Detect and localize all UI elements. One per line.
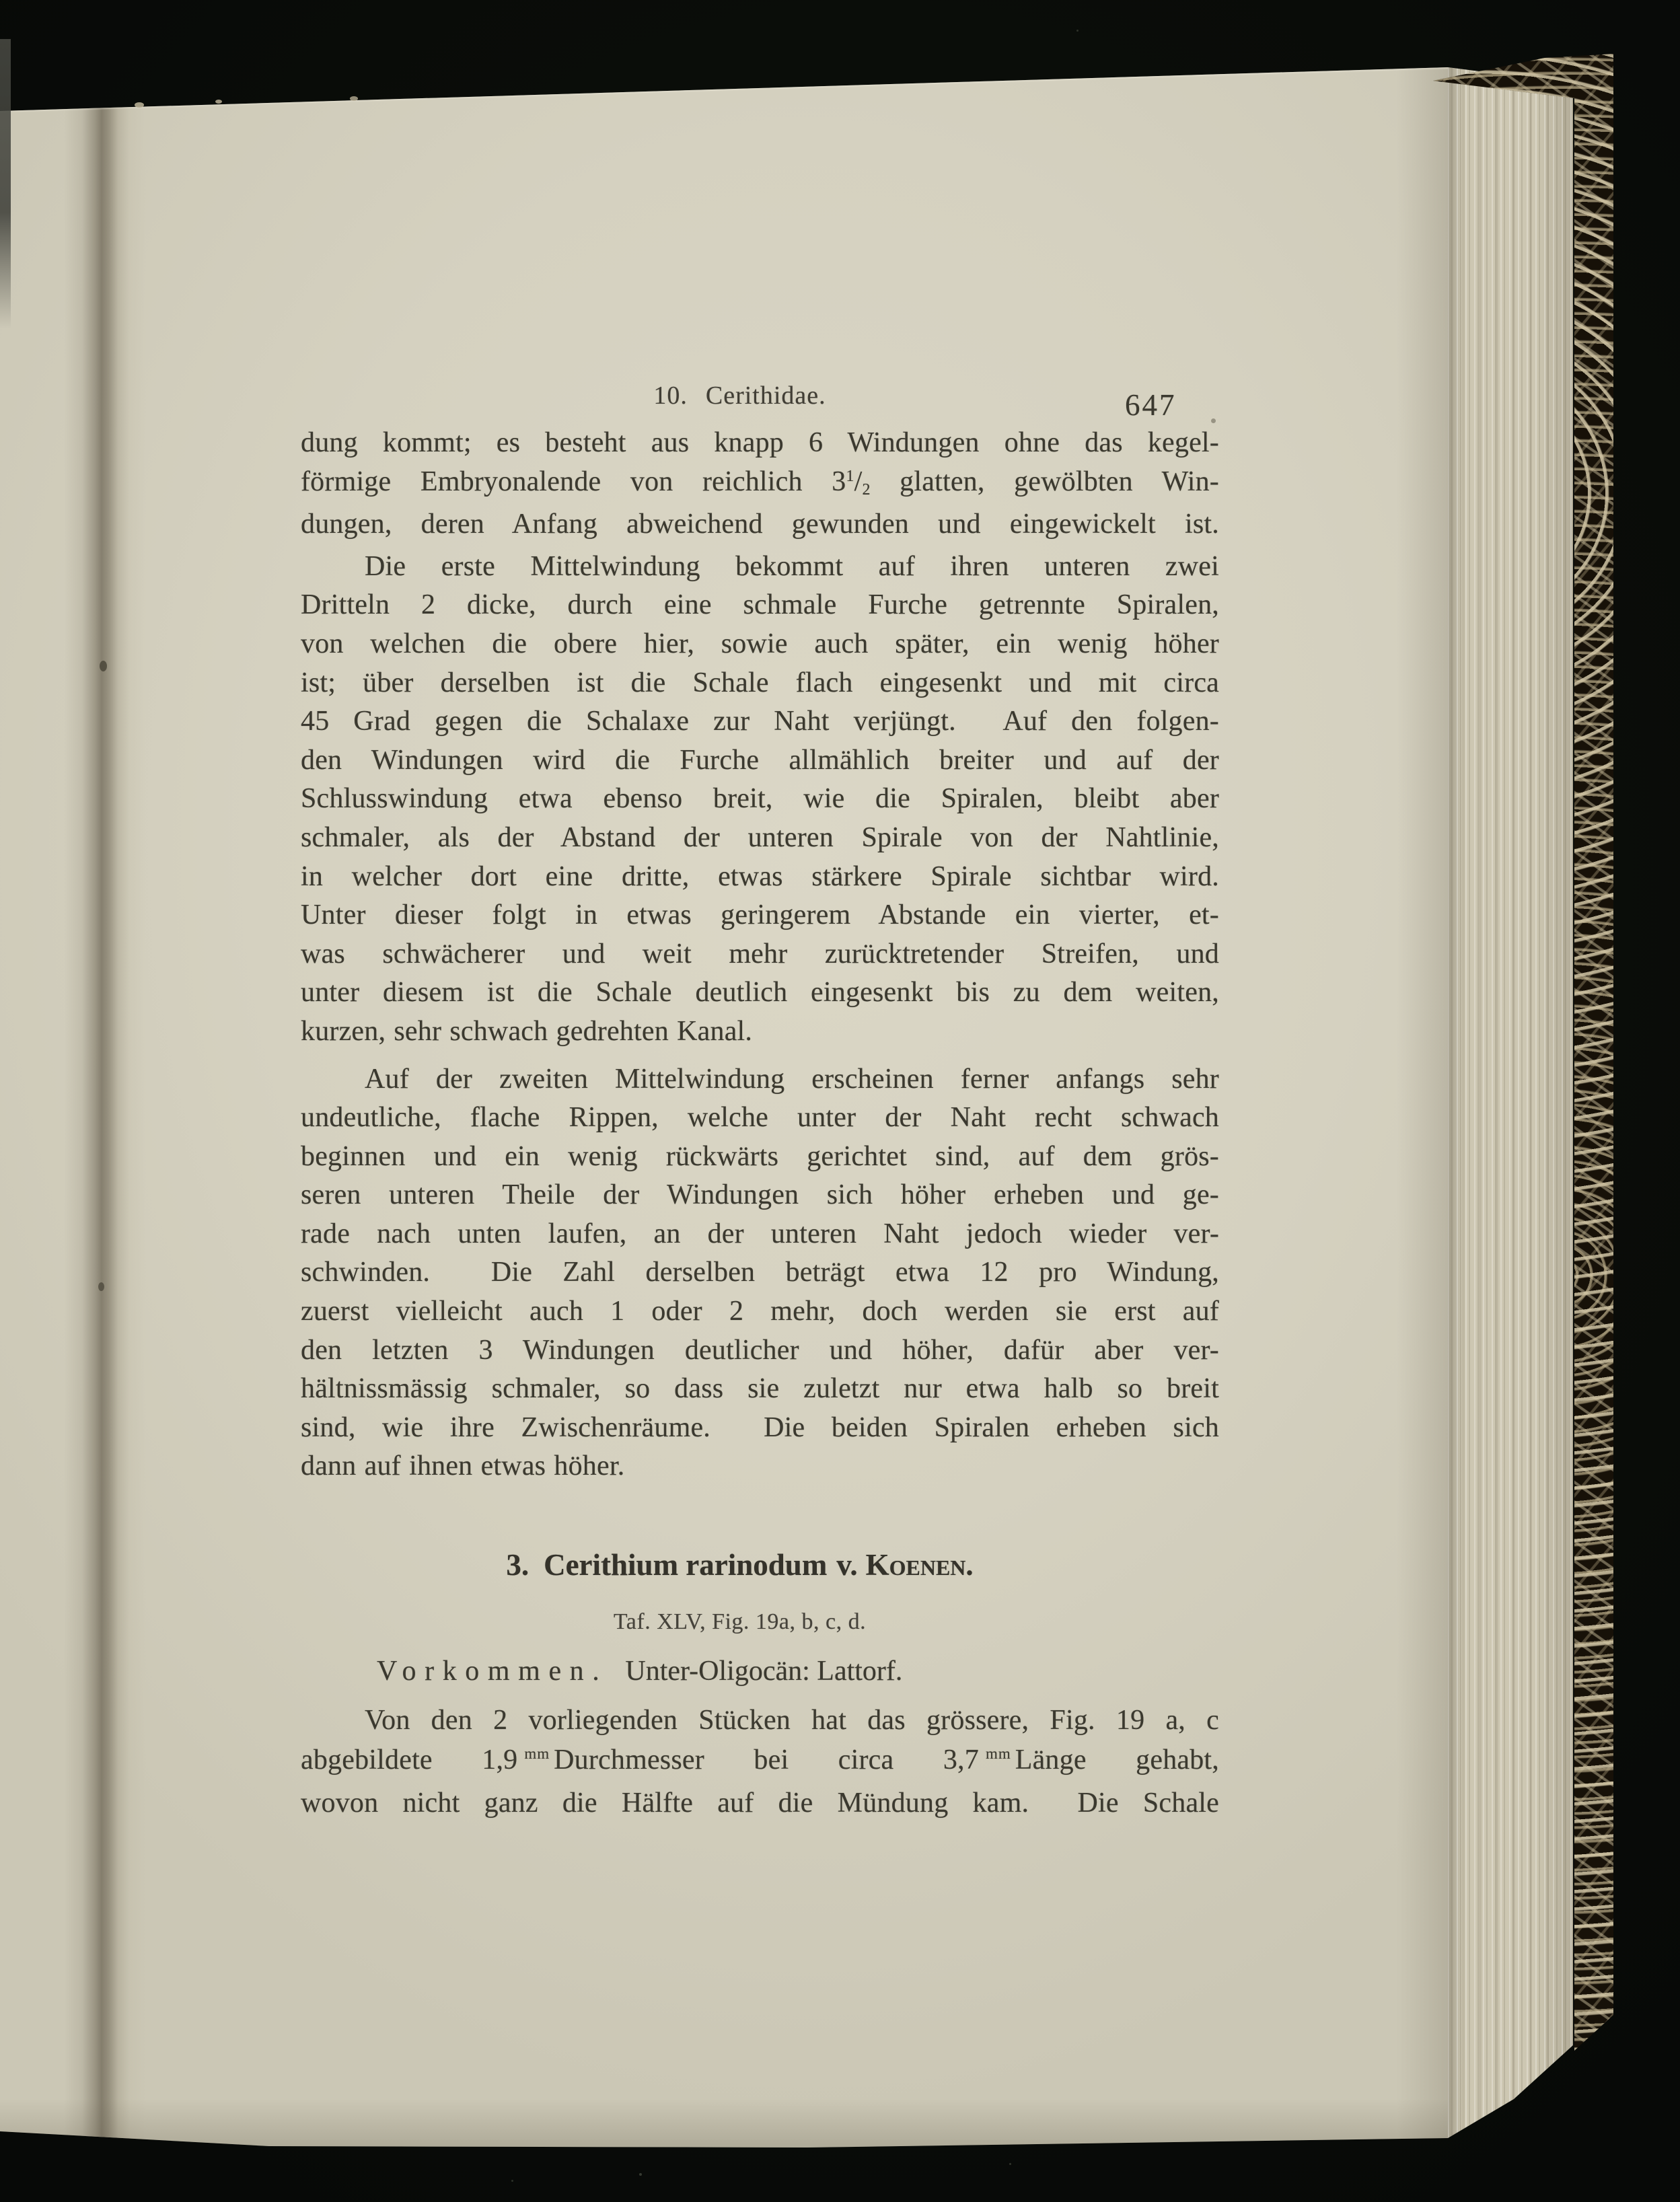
text-line: schwinden. Die Zahl derselben beträgt et… xyxy=(301,1253,1219,1292)
heading-period: . xyxy=(965,1548,973,1582)
text-line: förmige Embryonalende von reichlich 31/2… xyxy=(301,463,1219,506)
text-segment: glatten, gewölbten Win- xyxy=(871,466,1219,497)
text-line: den Windungen wird die Furche allmählich… xyxy=(301,741,1219,780)
text-line: dungen, deren Anfang abweichend gewunden… xyxy=(301,505,1219,544)
page-right-shadow xyxy=(1397,0,1448,2202)
dust-speck xyxy=(1009,2163,1011,2165)
fraction-numerator: 1 xyxy=(846,468,854,485)
text-line: unter diesem ist die Schale deutlich ein… xyxy=(301,974,1219,1013)
figure-reference: Taf. XLV, Fig. 19a, b, c, d. xyxy=(281,1609,1199,1635)
fraction-denominator: 2 xyxy=(862,481,870,499)
text-line: beginnen und ein wenig rückwärts gericht… xyxy=(301,1138,1219,1177)
text-line: ist; über derselben ist die Schale flach… xyxy=(301,664,1219,703)
occurrence-label: Vorkommen. xyxy=(377,1656,608,1687)
text-line: hältnissmässig schmaler, so dass sie zul… xyxy=(301,1370,1219,1409)
text-line: schmaler, als der Abstand der unteren Sp… xyxy=(301,819,1219,858)
text-segment: förmige Embryonalende von reichlich 3 xyxy=(301,466,846,497)
occurrence-value: Unter-Oligocän: Lattorf. xyxy=(625,1656,902,1687)
paper-speck xyxy=(1211,418,1216,423)
text-line: undeutliche, flache Rippen, welche unter… xyxy=(301,1099,1219,1138)
text-segment: abgebildete 1,9 xyxy=(301,1745,517,1775)
text-line: Schlusswindung etwa ebenso breit, wie di… xyxy=(301,780,1219,819)
text-line: dann auf ihnen etwas höher. xyxy=(301,1447,1219,1486)
author-prefix: v. xyxy=(836,1548,857,1582)
dust-speck xyxy=(639,2173,642,2176)
text-line: kurzen, sehr schwach gedrehten Kanal. xyxy=(301,1013,1219,1052)
text-line: Dritteln 2 dicke, durch eine schmale Fur… xyxy=(301,586,1219,625)
edge-debris xyxy=(135,102,144,108)
text-line: Von den 2 vorliegenden Stücken hat das g… xyxy=(301,1701,1219,1740)
species-number: 3. xyxy=(506,1548,529,1582)
dust-speck xyxy=(511,2180,513,2182)
species-author: Koenen xyxy=(866,1548,966,1582)
fraction-slash: / xyxy=(854,466,863,497)
chapter-title: Cerithidae. xyxy=(706,381,826,410)
text-line: in welcher dort eine dritte, etwas stärk… xyxy=(301,858,1219,897)
book-page-scan: 10.Cerithidae. 647 dung kommt; es besteh… xyxy=(0,0,1680,2202)
page-number: 647 xyxy=(1125,388,1177,423)
ink-speck xyxy=(98,1282,104,1291)
ink-speck xyxy=(100,661,107,671)
page-bottom-shadow xyxy=(0,2099,1448,2148)
text-line: den letzten 3 Windungen deutlicher und h… xyxy=(301,1331,1219,1370)
scan-left-shadow xyxy=(0,39,11,328)
text-line: 45 Grad gegen die Schalaxe zur Naht verj… xyxy=(301,702,1219,741)
text-line: Auf der zweiten Mittelwindung erscheinen… xyxy=(301,1060,1219,1099)
measurement-paragraph: Von den 2 vorliegenden Stücken hat das g… xyxy=(301,1701,1219,1823)
text-line: Die erste Mittelwindung bekommt auf ihre… xyxy=(301,548,1219,587)
dust-speck xyxy=(1076,30,1079,32)
edge-debris xyxy=(350,96,358,101)
book-page: 10.Cerithidae. 647 dung kommt; es besteh… xyxy=(0,0,1680,2202)
fore-edge-pages xyxy=(1448,67,1573,2138)
species-heading: 3.Cerithium rarinodumv.Koenen. xyxy=(281,1547,1199,1582)
body-text: dung kommt; es besteht aus knapp 6 Windu… xyxy=(301,424,1219,1486)
text-line: dung kommt; es besteht aus knapp 6 Windu… xyxy=(301,424,1219,463)
text-segment: Durchmesser bei circa 3,7 xyxy=(554,1745,979,1775)
text-segment: Länge gehabt, xyxy=(1015,1745,1219,1775)
chapter-number: 10. xyxy=(653,381,688,410)
edge-debris xyxy=(215,100,222,104)
unit-superscript-mm: mm xyxy=(986,1745,1011,1762)
text-line: zuerst vielleicht auch 1 oder 2 mehr, do… xyxy=(301,1292,1219,1331)
text-line: Unter dieser folgt in etwas geringerem A… xyxy=(301,896,1219,935)
occurrence-line: Vorkommen.Unter-Oligocän: Lattorf. xyxy=(301,1655,1219,1687)
text-line: abgebildete 1,9mmDurchmesser bei circa 3… xyxy=(301,1740,1219,1784)
text-line: was schwächerer und weit mehr zurücktret… xyxy=(301,935,1219,974)
species-name: Cerithium rarinodum xyxy=(544,1548,827,1582)
text-line: von welchen die obere hier, sowie auch s… xyxy=(301,625,1219,664)
gutter-fold-shadow xyxy=(64,0,146,2202)
text-line: sind, wie ihre Zwischenräume. Die beiden… xyxy=(301,1409,1219,1448)
running-header: 10.Cerithidae. xyxy=(281,381,1199,410)
text-line: seren unteren Theile der Windungen sich … xyxy=(301,1176,1219,1215)
unit-superscript-mm: mm xyxy=(524,1745,550,1762)
text-line: wovon nicht ganz die Hälfte auf die Münd… xyxy=(301,1784,1219,1823)
text-line: rade nach unten laufen, an der unteren N… xyxy=(301,1215,1219,1254)
